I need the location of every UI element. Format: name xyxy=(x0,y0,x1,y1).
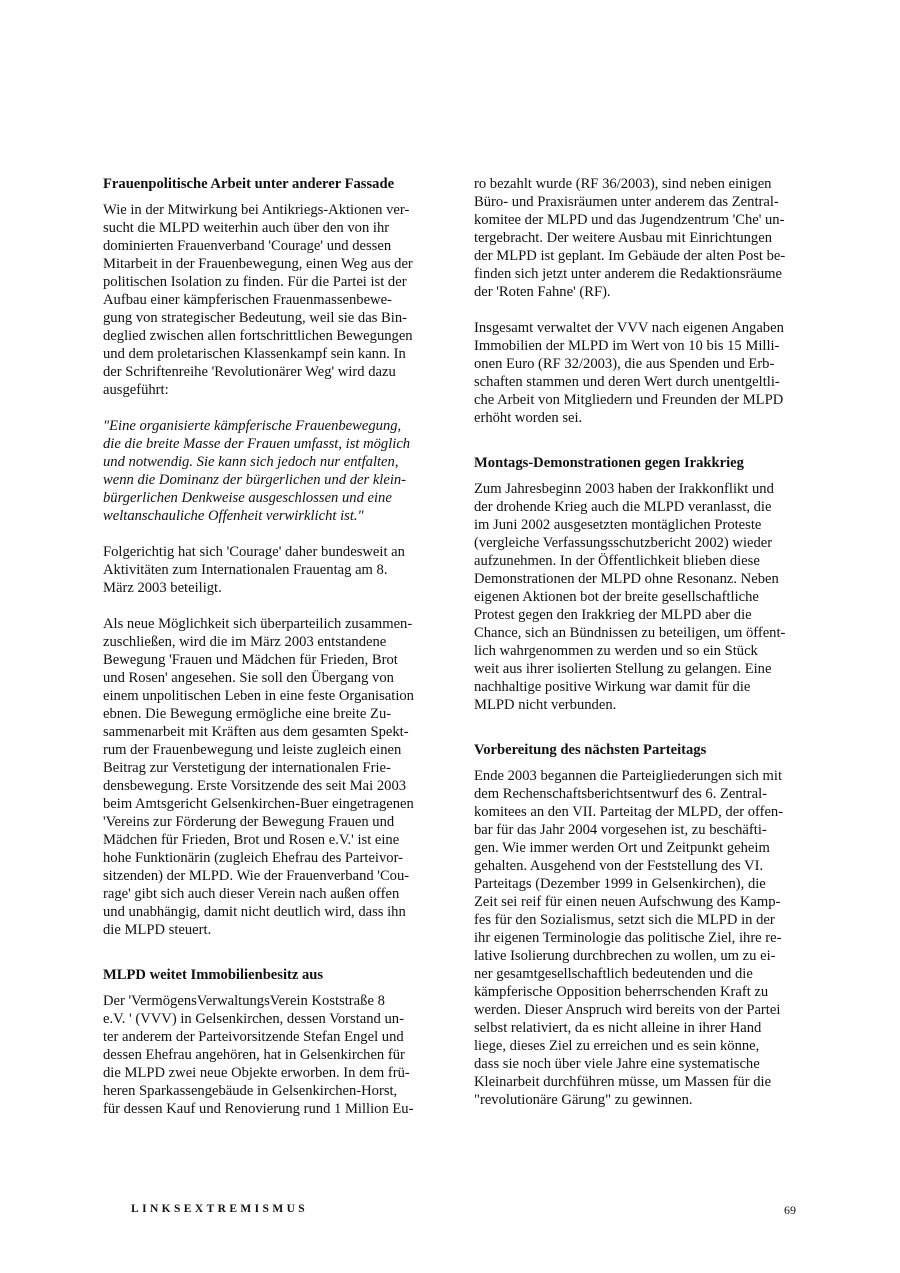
text-line: Ende 2003 begannen die Parteigliederunge… xyxy=(474,767,800,785)
text-line: Chance, sich an Bündnissen zu beteiligen… xyxy=(474,624,800,642)
section-heading-frauenpolitik: Frauenpolitische Arbeit unter anderer Fa… xyxy=(103,175,429,193)
text-line: schaften stammen und deren Wert durch un… xyxy=(474,373,800,391)
right-column: ro bezahlt wurde (RF 36/2003), sind nebe… xyxy=(474,175,800,1109)
text-line: MLPD nicht verbunden. xyxy=(474,696,800,714)
text-line: aufzunehmen. In der Öffentlichkeit blieb… xyxy=(474,552,800,570)
text-line: ro bezahlt wurde (RF 36/2003), sind nebe… xyxy=(474,175,800,193)
text-line: gen. Wie immer werden Ort und Zeitpunkt … xyxy=(474,839,800,857)
text-line: und dem proletarischen Klassenkampf sein… xyxy=(103,345,429,363)
text-line: che Arbeit von Mitgliedern und Freunden … xyxy=(474,391,800,409)
text-line: gung von strategischer Bedeutung, weil s… xyxy=(103,309,429,327)
text-line: kämpferische Opposition beherrschenden K… xyxy=(474,983,800,1001)
text-line: dem Rechenschaftsberichtsentwurf des 6. … xyxy=(474,785,800,803)
paragraph: Der 'VermögensVerwaltungsVerein Koststra… xyxy=(103,992,429,1118)
text-line: zuschließen, wird die im März 2003 entst… xyxy=(103,633,429,651)
text-line: erhöht worden sei. xyxy=(474,409,800,427)
paragraph: Zum Jahresbeginn 2003 haben der Irakkonf… xyxy=(474,480,800,714)
text-line: Der 'VermögensVerwaltungsVerein Koststra… xyxy=(103,992,429,1010)
paragraph: Folgerichtig hat sich 'Courage' daher bu… xyxy=(103,543,429,597)
paragraph: ro bezahlt wurde (RF 36/2003), sind nebe… xyxy=(474,175,800,301)
text-line: deglied zwischen allen fortschrittlichen… xyxy=(103,327,429,345)
text-line: heren Sparkassengebäude in Gelsenkirchen… xyxy=(103,1082,429,1100)
text-line: selbst relativiert, da es nicht alleine … xyxy=(474,1019,800,1037)
text-line: dominierten Frauenverband 'Courage' und … xyxy=(103,237,429,255)
page-number: 69 xyxy=(784,1203,796,1218)
text-line: dass sie noch über viele Jahre eine syst… xyxy=(474,1055,800,1073)
text-line: Demonstrationen der MLPD ohne Resonanz. … xyxy=(474,570,800,588)
text-line: e.V. ' (VVV) in Gelsenkirchen, dessen Vo… xyxy=(103,1010,429,1028)
text-line: Beitrag zur Verstetigung der internation… xyxy=(103,759,429,777)
text-line: weltanschauliche Offenheit verwirklicht … xyxy=(103,507,429,525)
text-line: dessen Ehefrau angehören, hat in Gelsenk… xyxy=(103,1046,429,1064)
text-line: Zeit sei reif für einen neuen Aufschwung… xyxy=(474,893,800,911)
text-line: der 'Roten Fahne' (RF). xyxy=(474,283,800,301)
text-line: (vergleiche Verfassungsschutzbericht 200… xyxy=(474,534,800,552)
text-line: wenn die Dominanz der bürgerlichen und d… xyxy=(103,471,429,489)
text-line: liege, dieses Ziel zu erreichen und es s… xyxy=(474,1037,800,1055)
paragraph: Wie in der Mitwirkung bei Antikriegs-Akt… xyxy=(103,201,429,399)
text-line: finden sich jetzt unter anderem die Reda… xyxy=(474,265,800,283)
text-line: rum der Frauenbewegung und leiste zuglei… xyxy=(103,741,429,759)
text-line: Bewegung 'Frauen und Mädchen für Frieden… xyxy=(103,651,429,669)
text-line: März 2003 beteiligt. xyxy=(103,579,429,597)
text-line: und Rosen' angesehen. Sie soll den Überg… xyxy=(103,669,429,687)
text-line: beim Amtsgericht Gelsenkirchen-Buer eing… xyxy=(103,795,429,813)
text-line: Folgerichtig hat sich 'Courage' daher bu… xyxy=(103,543,429,561)
text-line: im Juni 2002 ausgesetzten montäglichen P… xyxy=(474,516,800,534)
text-line: der drohende Krieg auch die MLPD veranla… xyxy=(474,498,800,516)
text-line: Zum Jahresbeginn 2003 haben der Irakkonf… xyxy=(474,480,800,498)
text-line: Protest gegen den Irakkrieg der MLPD abe… xyxy=(474,606,800,624)
text-line: sammenarbeit mit Kräften aus dem gesamte… xyxy=(103,723,429,741)
text-line: "Eine organisierte kämpferische Frauenbe… xyxy=(103,417,429,435)
text-line: ebnen. Die Bewegung ermögliche eine brei… xyxy=(103,705,429,723)
text-line: werden. Dieser Anspruch wird bereits von… xyxy=(474,1001,800,1019)
text-line: für dessen Kauf und Renovierung rund 1 M… xyxy=(103,1100,429,1118)
text-line: bürgerlichen Denkweise ausgeschlossen un… xyxy=(103,489,429,507)
text-line: die MLPD steuert. xyxy=(103,921,429,939)
paragraph: Insgesamt verwaltet der VVV nach eigenen… xyxy=(474,319,800,427)
footer-section-title: LINKSEXTREMISMUS xyxy=(131,1203,308,1215)
text-line: Mädchen für Frieden, Brot und Rosen e.V.… xyxy=(103,831,429,849)
text-line: lich wahrgenommen zu werden und so ein S… xyxy=(474,642,800,660)
text-line: bar für das Jahr 2004 vorgesehen ist, zu… xyxy=(474,821,800,839)
text-line: politischen Isolation zu finden. Für die… xyxy=(103,273,429,291)
text-line: densbewegung. Erste Vorsitzende des seit… xyxy=(103,777,429,795)
text-line: Insgesamt verwaltet der VVV nach eigenen… xyxy=(474,319,800,337)
section-heading-immobilien: MLPD weitet Immobilienbesitz aus xyxy=(103,966,429,984)
paragraph: Ende 2003 begannen die Parteigliederunge… xyxy=(474,767,800,1109)
text-line: Immobilien der MLPD im Wert von 10 bis 1… xyxy=(474,337,800,355)
text-line: 'Vereins zur Förderung der Bewegung Frau… xyxy=(103,813,429,831)
text-line: der MLPD ist geplant. Im Gebäude der alt… xyxy=(474,247,800,265)
text-line: tergebracht. Der weitere Ausbau mit Einr… xyxy=(474,229,800,247)
text-line: einem unpolitischen Leben in eine feste … xyxy=(103,687,429,705)
text-line: die MLPD zwei neue Objekte erworben. In … xyxy=(103,1064,429,1082)
text-line: Büro- und Praxisräumen unter anderem das… xyxy=(474,193,800,211)
text-line: und notwendig. Sie kann sich jedoch nur … xyxy=(103,453,429,471)
paragraph: Als neue Möglichkeit sich überparteilich… xyxy=(103,615,429,939)
text-line: weit aus ihrer isolierten Stellung zu ge… xyxy=(474,660,800,678)
text-line: komitee der MLPD und das Jugendzentrum '… xyxy=(474,211,800,229)
text-line: sucht die MLPD weiterhin auch über den v… xyxy=(103,219,429,237)
text-line: Als neue Möglichkeit sich überparteilich… xyxy=(103,615,429,633)
text-line: und unabhängig, damit nicht deutlich wir… xyxy=(103,903,429,921)
text-line: sitzenden) der MLPD. Wie der Frauenverba… xyxy=(103,867,429,885)
text-line: hohe Funktionärin (zugleich Ehefrau des … xyxy=(103,849,429,867)
section-heading-parteitag: Vorbereitung des nächsten Parteitags xyxy=(474,741,800,759)
text-line: der Schriftenreihe 'Revolutionärer Weg' … xyxy=(103,363,429,381)
text-line: Wie in der Mitwirkung bei Antikriegs-Akt… xyxy=(103,201,429,219)
text-line: Parteitags (Dezember 1999 in Gelsenkirch… xyxy=(474,875,800,893)
left-column: Frauenpolitische Arbeit unter anderer Fa… xyxy=(103,175,429,1118)
text-line: ihr eigenen Terminologie das politische … xyxy=(474,929,800,947)
text-line: rage' gibt sich auch dieser Verein nach … xyxy=(103,885,429,903)
text-line: die die breite Masse der Frauen umfasst,… xyxy=(103,435,429,453)
text-line: "revolutionäre Gärung" zu gewinnen. xyxy=(474,1091,800,1109)
text-line: ter anderem der Parteivorsitzende Stefan… xyxy=(103,1028,429,1046)
text-line: onen Euro (RF 32/2003), die aus Spenden … xyxy=(474,355,800,373)
text-line: Aufbau einer kämpferischen Frauenmassenb… xyxy=(103,291,429,309)
text-line: gehalten. Ausgehend von der Feststellung… xyxy=(474,857,800,875)
block-quote: "Eine organisierte kämpferische Frauenbe… xyxy=(103,417,429,525)
text-line: eigenen Aktionen bot der breite gesellsc… xyxy=(474,588,800,606)
text-line: komitees an den VII. Parteitag der MLPD,… xyxy=(474,803,800,821)
text-line: fes für den Sozialismus, setzt sich die … xyxy=(474,911,800,929)
section-heading-montagsdemos: Montags-Demonstrationen gegen Irakkrieg xyxy=(474,454,800,472)
text-line: Kleinarbeit durchführen müsse, um Massen… xyxy=(474,1073,800,1091)
text-line: Mitarbeit in der Frauenbewegung, einen W… xyxy=(103,255,429,273)
text-line: nachhaltige positive Wirkung war damit f… xyxy=(474,678,800,696)
text-line: lative Isolierung durchbrechen zu wollen… xyxy=(474,947,800,965)
text-line: ner gesamtgesellschaftlich bedeutenden u… xyxy=(474,965,800,983)
text-line: Aktivitäten zum Internationalen Frauenta… xyxy=(103,561,429,579)
text-line: ausgeführt: xyxy=(103,381,429,399)
